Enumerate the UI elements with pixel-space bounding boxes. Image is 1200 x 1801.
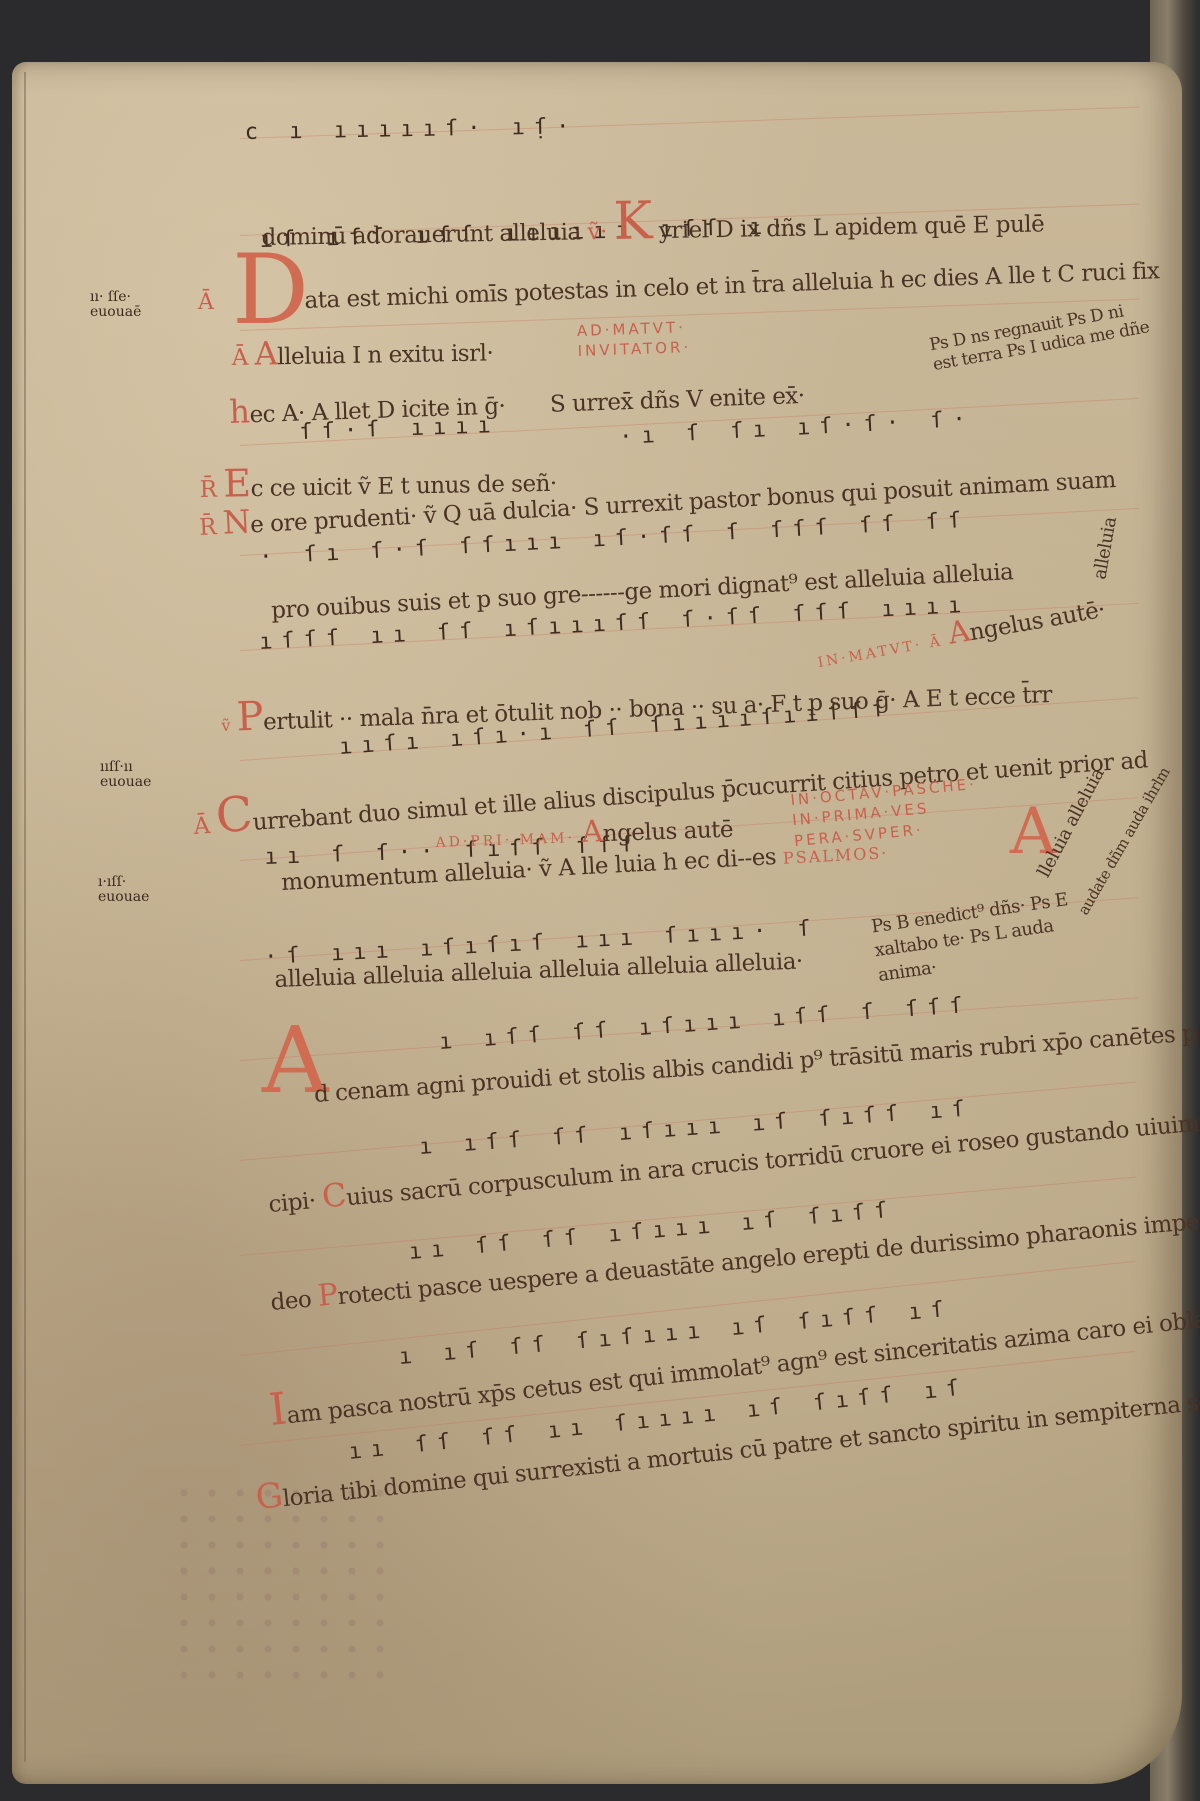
initial-letter: N	[222, 502, 251, 541]
initial-letter: P	[236, 694, 264, 741]
initial-letter-D: D	[232, 242, 309, 338]
rubric-prefix: Ā	[193, 813, 211, 840]
rubric-prefix: R̄	[199, 514, 217, 541]
rubric-heading: AD·MATVT· INVITATOR·	[577, 317, 728, 361]
rubric-heading: AD·PRI· MAM·	[435, 830, 575, 851]
chant-text: I n exitu isrl·	[352, 340, 494, 368]
chant-text: ngelus autē	[602, 817, 733, 848]
chant-text: D ix dñs L apidem quē E pulē	[715, 211, 1044, 243]
initial-letter: A	[581, 814, 603, 850]
margin-note: ı·ıſſ· euouae	[98, 875, 149, 904]
margin-text: euouae	[100, 775, 151, 790]
chant-text: dominū adorauerunt alleluia	[261, 219, 580, 251]
rubric: ṽ·	[587, 219, 607, 245]
rubric-prefix: Ā	[232, 345, 249, 371]
rubric-prefix: R̄	[199, 477, 216, 503]
rubric-prefix: ṽ	[221, 716, 230, 735]
initial-letter: K	[613, 191, 652, 252]
chant-text: deo	[270, 1287, 313, 1316]
chant-text: yriel	[659, 217, 709, 244]
chant-text: cipi·	[268, 1188, 317, 1218]
margin-neumes: ı·ıſſ·	[98, 875, 149, 890]
initial-letter: P	[316, 1277, 339, 1314]
margin-note: ıı· ſſe· euouaē	[90, 290, 141, 319]
initial-letter: C	[214, 786, 254, 844]
chant-text: A E t ecce t̄rr	[902, 682, 1052, 713]
initial-letter: h	[229, 392, 250, 431]
page-edge	[24, 72, 34, 1762]
rubric-heading: PSALMOS·	[782, 843, 888, 867]
text-line: Ā Alleluia I n exitu isrl·	[231, 330, 493, 373]
initial-letter: A	[254, 334, 277, 372]
margin-neumes: ııſſ·ıı	[100, 760, 151, 775]
initial-letter: G	[254, 1475, 285, 1518]
margin-text: euouaē	[90, 305, 141, 320]
margin-text: euouae	[98, 890, 149, 905]
margin-note: ııſſ·ıı euouae	[100, 760, 151, 789]
initial-letter: E	[223, 461, 251, 505]
margin-neumes: ıı· ſſe·	[90, 290, 141, 305]
initial-letter: C	[320, 1175, 347, 1215]
chant-text: lleluia	[277, 343, 346, 370]
rubric-prefix: Ā	[198, 290, 213, 315]
